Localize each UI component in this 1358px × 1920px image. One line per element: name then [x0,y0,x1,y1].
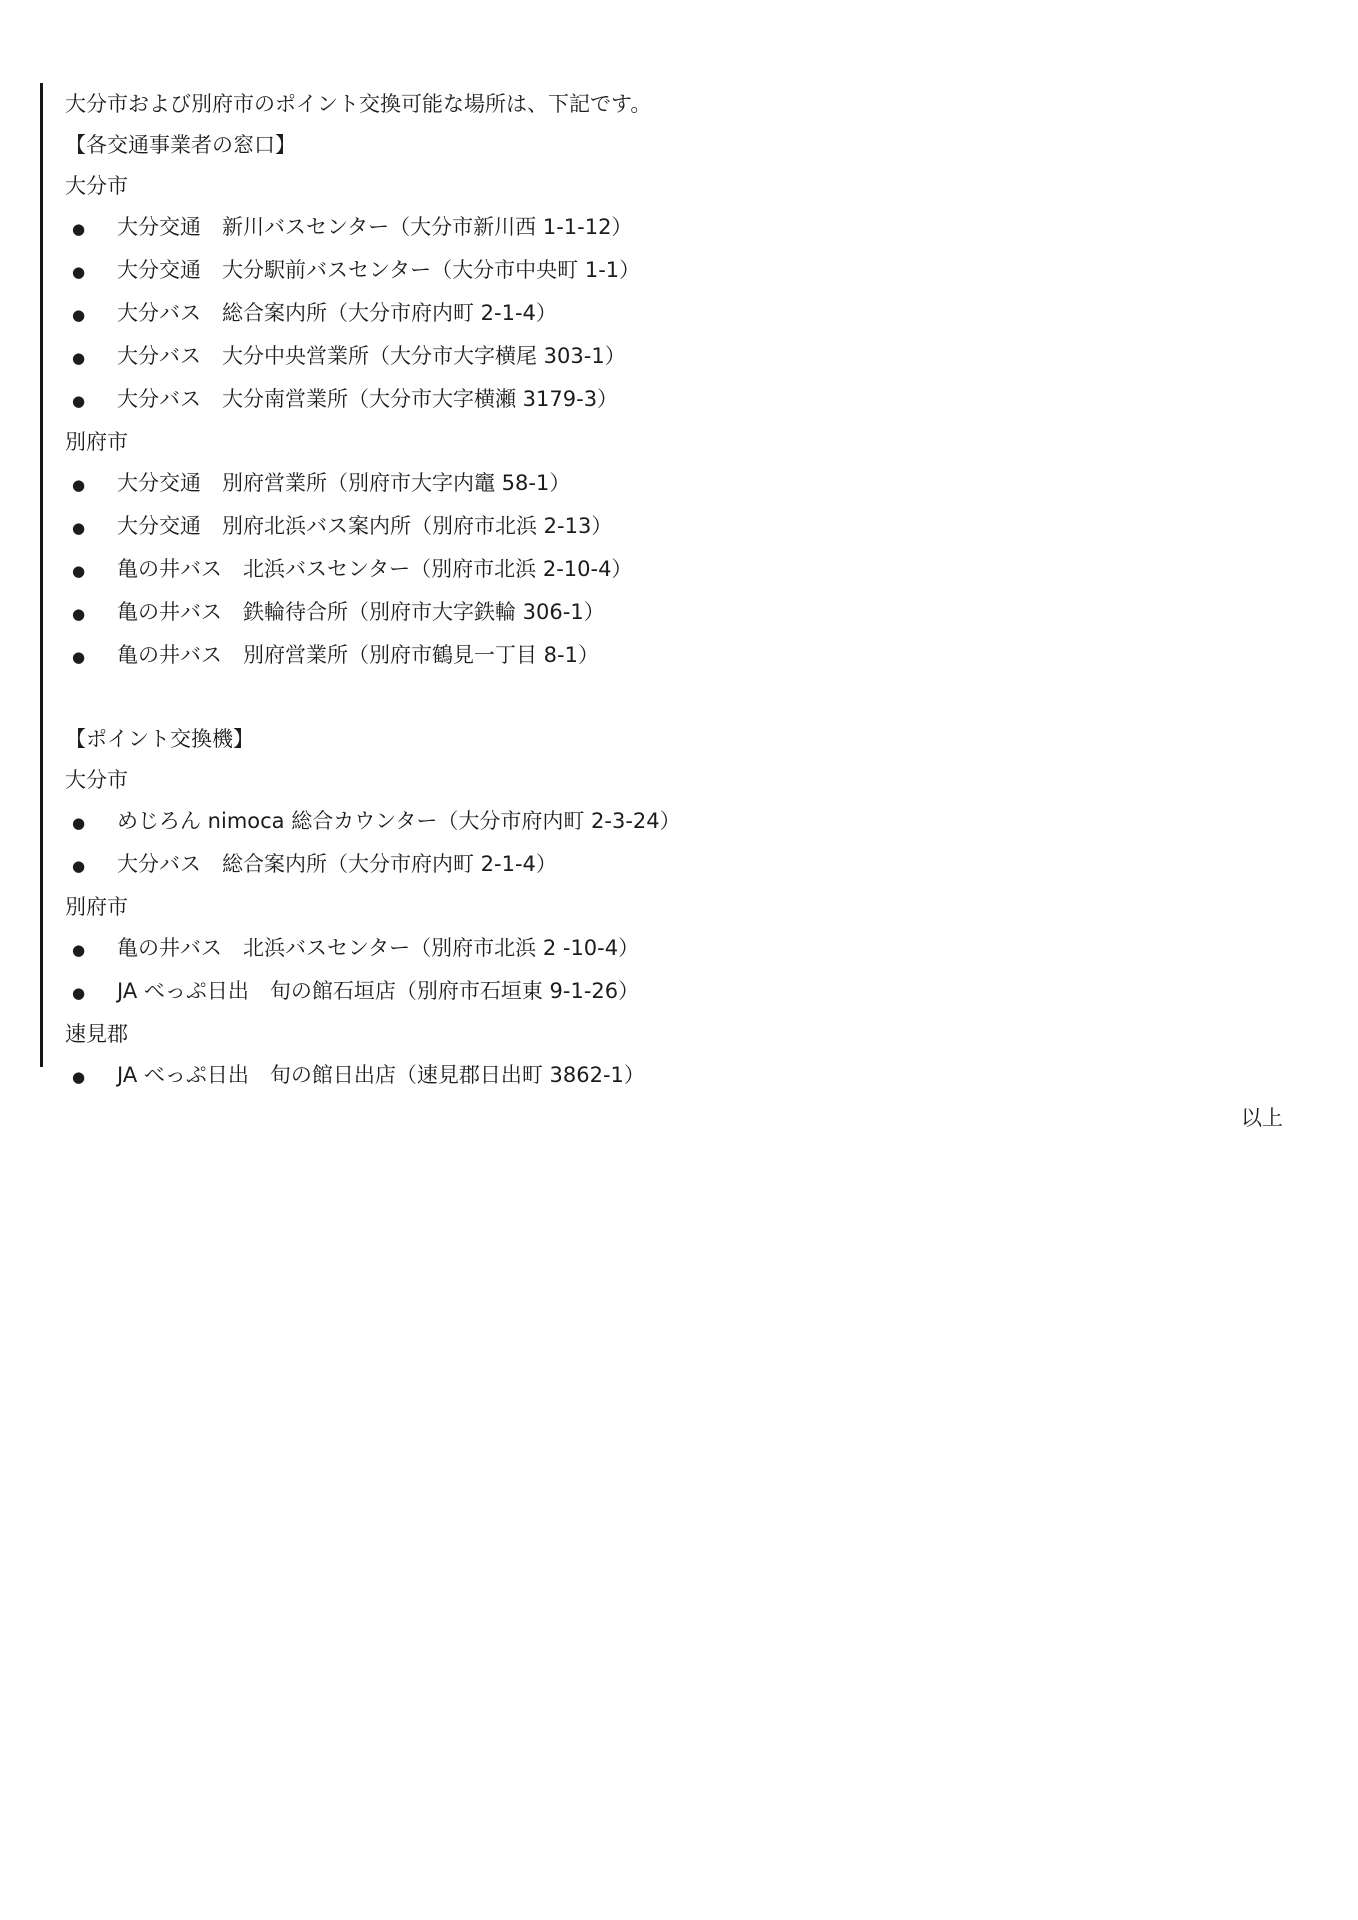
revision-bar [40,83,43,1067]
section-point-machines: 【ポイント交換機】 大分市 ●めじろん nimoca 総合カウンター（大分市府内… [65,719,1283,1098]
location-text: 亀の井バス 北浜バスセンター（別府市北浜 2 -10-4） [117,928,639,969]
location-item: ●めじろん nimoca 総合カウンター（大分市府内町 2-3-24） [65,801,1283,844]
location-text: 大分交通 新川バスセンター（大分市新川西 1-1-12） [117,207,632,248]
location-item: ●大分交通 別府営業所（別府市大字内竈 58-1） [65,463,1283,506]
bullet-icon: ● [65,846,117,887]
area-label-oita: 大分市 [65,760,1283,801]
section-transport-windows: 【各交通事業者の窓口】 大分市 ●大分交通 新川バスセンター（大分市新川西 1-… [65,125,1283,678]
bullet-icon: ● [65,252,117,293]
area-label-oita: 大分市 [65,166,1283,207]
location-text: 大分交通 別府営業所（別府市大字内竈 58-1） [117,463,570,504]
location-item: ●大分バス 大分南営業所（大分市大字横瀬 3179-3） [65,379,1283,422]
closing-text: 以上 [65,1098,1283,1139]
location-text: 大分バス 大分中央営業所（大分市大字横尾 303-1） [117,336,626,377]
section-heading: 【ポイント交換機】 [65,719,1283,760]
intro-text: 大分市および別府市のポイント交換可能な場所は、下記です。 [65,84,1283,125]
location-text: 亀の井バス 鉄輪待合所（別府市大字鉄輪 306-1） [117,592,605,633]
location-item: ●大分バス 総合案内所（大分市府内町 2-1-4） [65,293,1283,336]
location-text: 大分交通 別府北浜バス案内所（別府市北浜 2-13） [117,506,612,547]
document-content: 大分市および別府市のポイント交換可能な場所は、下記です。 【各交通事業者の窓口】… [65,84,1283,1139]
bullet-icon: ● [65,637,117,678]
bullet-icon: ● [65,338,117,379]
location-item: ●大分交通 大分駅前バスセンター（大分市中央町 1-1） [65,250,1283,293]
bullet-icon: ● [65,594,117,635]
location-item: ●亀の井バス 別府営業所（別府市鶴見一丁目 8-1） [65,635,1283,678]
location-item: ●亀の井バス 鉄輪待合所（別府市大字鉄輪 306-1） [65,592,1283,635]
location-text: めじろん nimoca 総合カウンター（大分市府内町 2-3-24） [117,801,681,842]
bullet-icon: ● [65,209,117,250]
location-text: 大分バス 総合案内所（大分市府内町 2-1-4） [117,293,557,334]
bullet-icon: ● [65,930,117,971]
location-text: 大分交通 大分駅前バスセンター（大分市中央町 1-1） [117,250,640,291]
location-item: ●亀の井バス 北浜バスセンター（別府市北浜 2-10-4） [65,549,1283,592]
bullet-icon: ● [65,1057,117,1098]
bullet-icon: ● [65,508,117,549]
section-heading: 【各交通事業者の窓口】 [65,125,1283,166]
location-text: 大分バス 総合案内所（大分市府内町 2-1-4） [117,844,557,885]
area-label-beppu: 別府市 [65,422,1283,463]
bullet-icon: ● [65,381,117,422]
location-item: ●大分バス 大分中央営業所（大分市大字横尾 303-1） [65,336,1283,379]
location-item: ●亀の井バス 北浜バスセンター（別府市北浜 2 -10-4） [65,928,1283,971]
area-label-hayami: 速見郡 [65,1014,1283,1055]
area-label-beppu: 別府市 [65,887,1283,928]
bullet-icon: ● [65,973,117,1014]
location-text: 大分バス 大分南営業所（大分市大字横瀬 3179-3） [117,379,618,420]
location-list: ●亀の井バス 北浜バスセンター（別府市北浜 2 -10-4） ●JA べっぷ日出… [65,928,1283,1014]
bullet-icon: ● [65,465,117,506]
location-item: ●大分交通 別府北浜バス案内所（別府市北浜 2-13） [65,506,1283,549]
location-list: ●大分交通 新川バスセンター（大分市新川西 1-1-12） ●大分交通 大分駅前… [65,207,1283,422]
location-item: ●大分交通 新川バスセンター（大分市新川西 1-1-12） [65,207,1283,250]
location-text: JA べっぷ日出 旬の館石垣店（別府市石垣東 9-1-26） [117,971,639,1012]
document-page: 大分市および別府市のポイント交換可能な場所は、下記です。 【各交通事業者の窓口】… [0,0,1358,1920]
location-text: JA べっぷ日出 旬の館日出店（速見郡日出町 3862-1） [117,1055,645,1096]
bullet-icon: ● [65,803,117,844]
location-item: ●大分バス 総合案内所（大分市府内町 2-1-4） [65,844,1283,887]
location-item: ●JA べっぷ日出 旬の館日出店（速見郡日出町 3862-1） [65,1055,1283,1098]
bullet-icon: ● [65,551,117,592]
location-text: 亀の井バス 北浜バスセンター（別府市北浜 2-10-4） [117,549,632,590]
bullet-icon: ● [65,295,117,336]
location-list: ●大分交通 別府営業所（別府市大字内竈 58-1） ●大分交通 別府北浜バス案内… [65,463,1283,678]
location-item: ●JA べっぷ日出 旬の館石垣店（別府市石垣東 9-1-26） [65,971,1283,1014]
location-list: ●めじろん nimoca 総合カウンター（大分市府内町 2-3-24） ●大分バ… [65,801,1283,887]
location-list: ●JA べっぷ日出 旬の館日出店（速見郡日出町 3862-1） [65,1055,1283,1098]
location-text: 亀の井バス 別府営業所（別府市鶴見一丁目 8-1） [117,635,599,676]
